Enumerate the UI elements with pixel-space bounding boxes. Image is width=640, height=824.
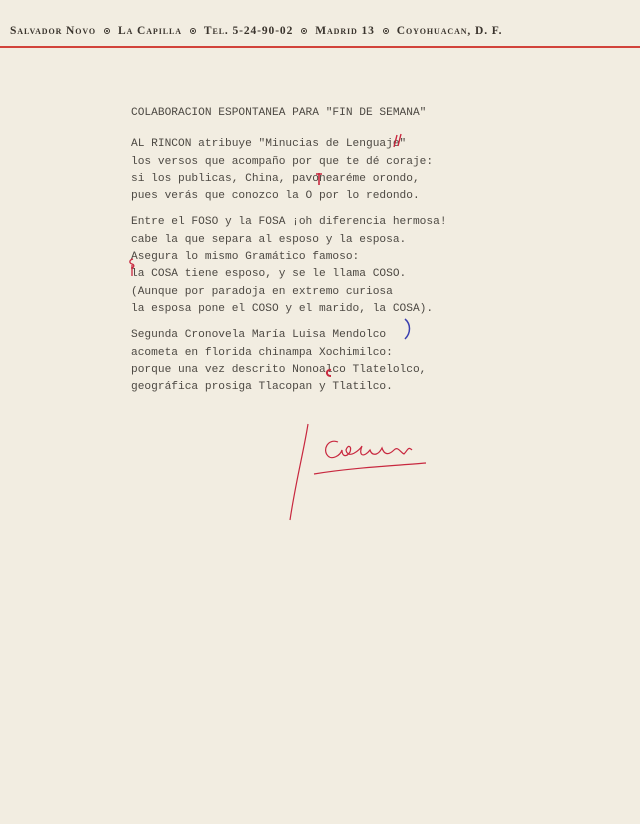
stanza-2: Entre el FOSO y la FOSA ¡oh diferencia h… [131,214,491,318]
verse-line: pues verás que conozco la O por lo redon… [131,188,491,205]
blue-parenthesis-mark-icon [403,318,413,340]
bullet-icon [383,28,389,34]
letterhead-city: Coyohuacan, D. F. [397,25,503,37]
bullet-icon [190,28,196,34]
stanza-3: Segunda Cronovela María Luisa Mendolco a… [131,327,491,396]
bullet-icon [104,28,110,34]
bullet-icon [301,28,307,34]
document-title: COLABORACION ESPONTANEA PARA "FIN DE SEM… [131,105,491,122]
verse-line: geográfica prosiga Tlacopan y Tlatilco. [131,379,491,396]
red-c-insert-mark-icon [323,367,333,379]
verse-line: los versos que acompaño por que te dé co… [131,154,491,171]
letterhead-street: Madrid 13 [315,25,375,37]
letterhead-house: La Capilla [118,25,182,37]
verse-line: la COSA tiene esposo, y se le llama COSO… [131,266,491,283]
verse-line: acometa en florida chinampa Xochimilco: [131,345,491,362]
verse-line: Entre el FOSO y la FOSA ¡oh diferencia h… [131,214,491,231]
letterhead-phone: Tel. 5-24-90-02 [204,25,293,37]
verse-line: si los publicas, China, pavonearéme oron… [131,171,491,188]
red-quote-mark-icon [390,133,402,149]
handwritten-signature [270,410,450,530]
verse-line: AL RINCON atribuye "Minucias de Lenguaje… [131,136,491,153]
letterhead-name: Salvador Novo [10,25,96,37]
letterhead-rule [0,46,640,48]
stanza-1: AL RINCON atribuye "Minucias de Lenguaje… [131,136,491,205]
red-insert-mark-icon [314,171,324,187]
verse-line: (Aunque por paradoja en extremo curiosa [131,284,491,301]
verse-line: Segunda Cronovela María Luisa Mendolco [131,327,491,344]
poem-body: COLABORACION ESPONTANEA PARA "FIN DE SEM… [131,105,491,405]
verse-line: porque una vez descrito Nonoalco Tlatelo… [131,362,491,379]
verse-line: la esposa pone el COSO y el marido, la C… [131,301,491,318]
verse-line: Asegura lo mismo Gramático famoso: [131,249,491,266]
red-s-insert-mark-icon [127,257,137,277]
letter-page: Salvador Novo La Capilla Tel. 5-24-90-02… [0,0,640,824]
letterhead: Salvador Novo La Capilla Tel. 5-24-90-02… [10,25,634,37]
verse-line: cabe la que separa al esposo y la esposa… [131,232,491,249]
